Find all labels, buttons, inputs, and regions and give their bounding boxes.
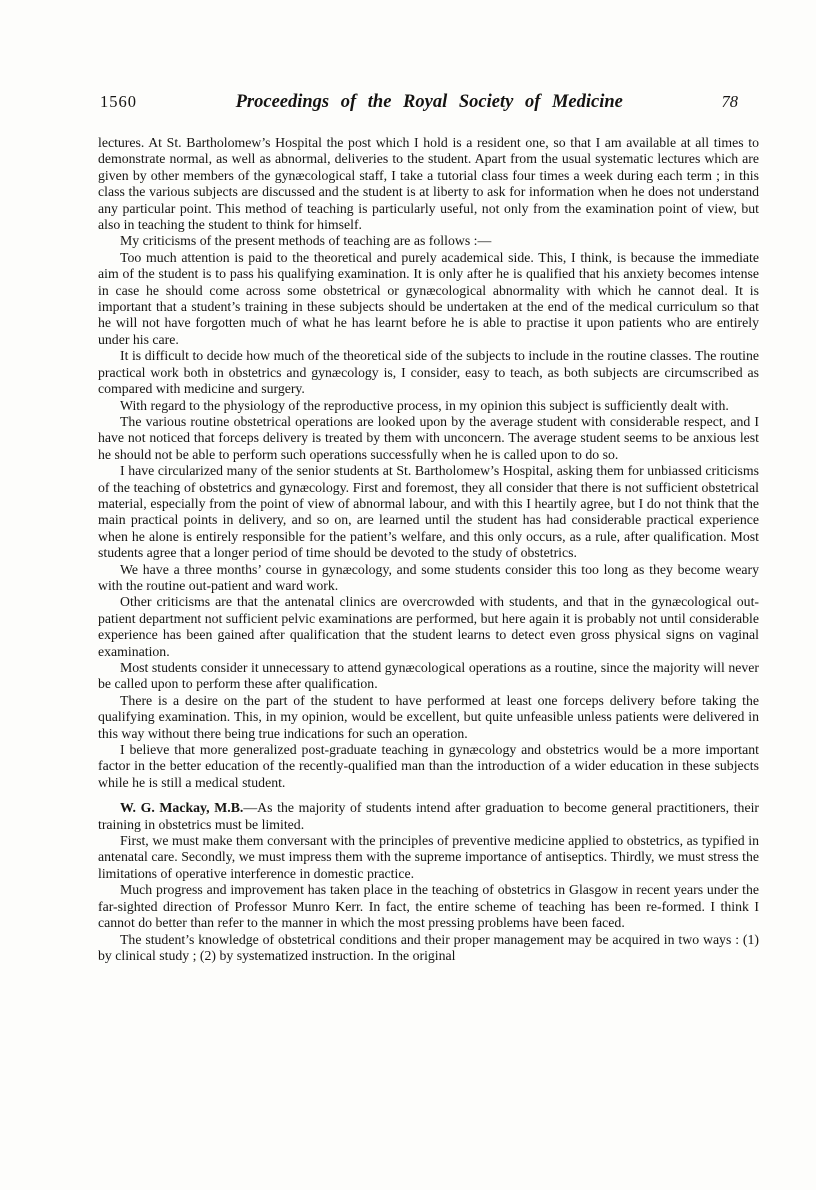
paragraph: With regard to the physiology of the rep… <box>98 398 759 414</box>
page-number-right: 78 <box>722 92 739 112</box>
paragraph: Too much attention is paid to the theore… <box>98 250 759 348</box>
paragraph: My criticisms of the present methods of … <box>98 233 759 249</box>
paragraph: The student’s knowledge of obstetrical c… <box>98 932 759 965</box>
journal-title: Proceedings of the Royal Society of Medi… <box>137 92 722 113</box>
paragraph: First, we must make them conversant with… <box>98 833 759 882</box>
speaker-name: W. G. Mackay, M.B. <box>120 800 243 815</box>
paragraph: I have circularized many of the senior s… <box>98 463 759 561</box>
paragraph: Other criticisms are that the antenatal … <box>98 594 759 660</box>
paragraph: There is a desire on the part of the stu… <box>98 693 759 742</box>
page-header: 1560 Proceedings of the Royal Society of… <box>0 0 816 113</box>
paragraph: The various routine obstetrical operatio… <box>98 414 759 463</box>
paragraph: Most students consider it unnecessary to… <box>98 660 759 693</box>
paragraph: We have a three months’ course in gynæco… <box>98 562 759 595</box>
article-body: lectures. At St. Bartholomew’s Hospital … <box>0 113 816 964</box>
paragraph: Much progress and improvement has taken … <box>98 882 759 931</box>
page-number-left: 1560 <box>100 92 137 112</box>
paragraph: It is difficult to decide how much of th… <box>98 348 759 397</box>
speaker-paragraph: W. G. Mackay, M.B.—As the majority of st… <box>98 800 759 833</box>
journal-page: 1560 Proceedings of the Royal Society of… <box>0 0 816 1190</box>
paragraph: I believe that more generalized post-gra… <box>98 742 759 791</box>
paragraph: lectures. At St. Bartholomew’s Hospital … <box>98 135 759 233</box>
